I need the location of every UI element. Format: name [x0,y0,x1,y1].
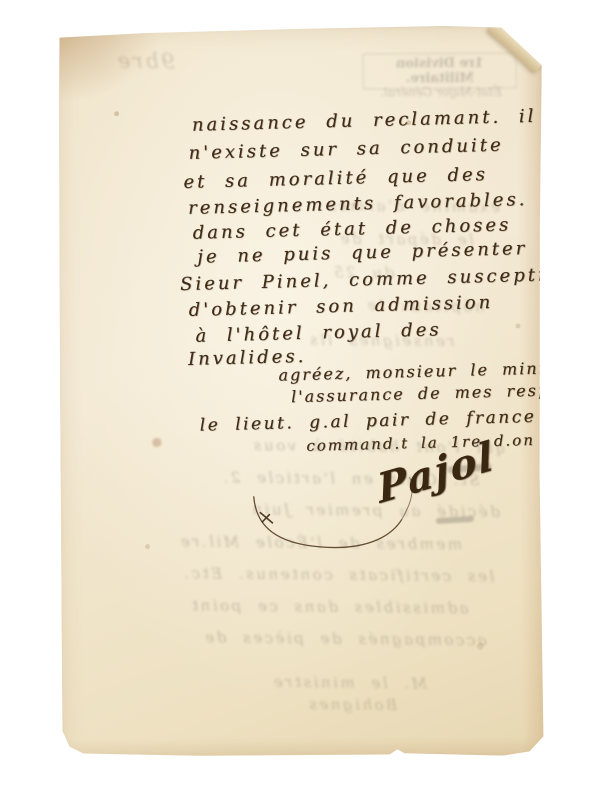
letter-paper: 1re Division Militaire. État-Major Génér… [54,24,547,763]
letter-line: Sieur Pinel, comme susceptible [180,264,584,296]
letter-body: naissance du reclamant. iln'existe sur s… [47,20,554,769]
photo-background: 1re Division Militaire. État-Major Génér… [0,0,600,800]
letter-line: et sa moralité que des [183,164,488,193]
letter-line: d'obtenir son admission [188,292,493,321]
letter-line: n'existe sur sa conduite [188,135,504,164]
letter-line: naissance du reclamant. il [192,106,537,136]
letter-line: à l'hôtel royal des [195,319,442,346]
letter-line: agréez, monsieur le ministre, [278,357,593,384]
foxing-spots [54,28,57,31]
letter-line: l'assurance de mes respects [291,379,592,406]
